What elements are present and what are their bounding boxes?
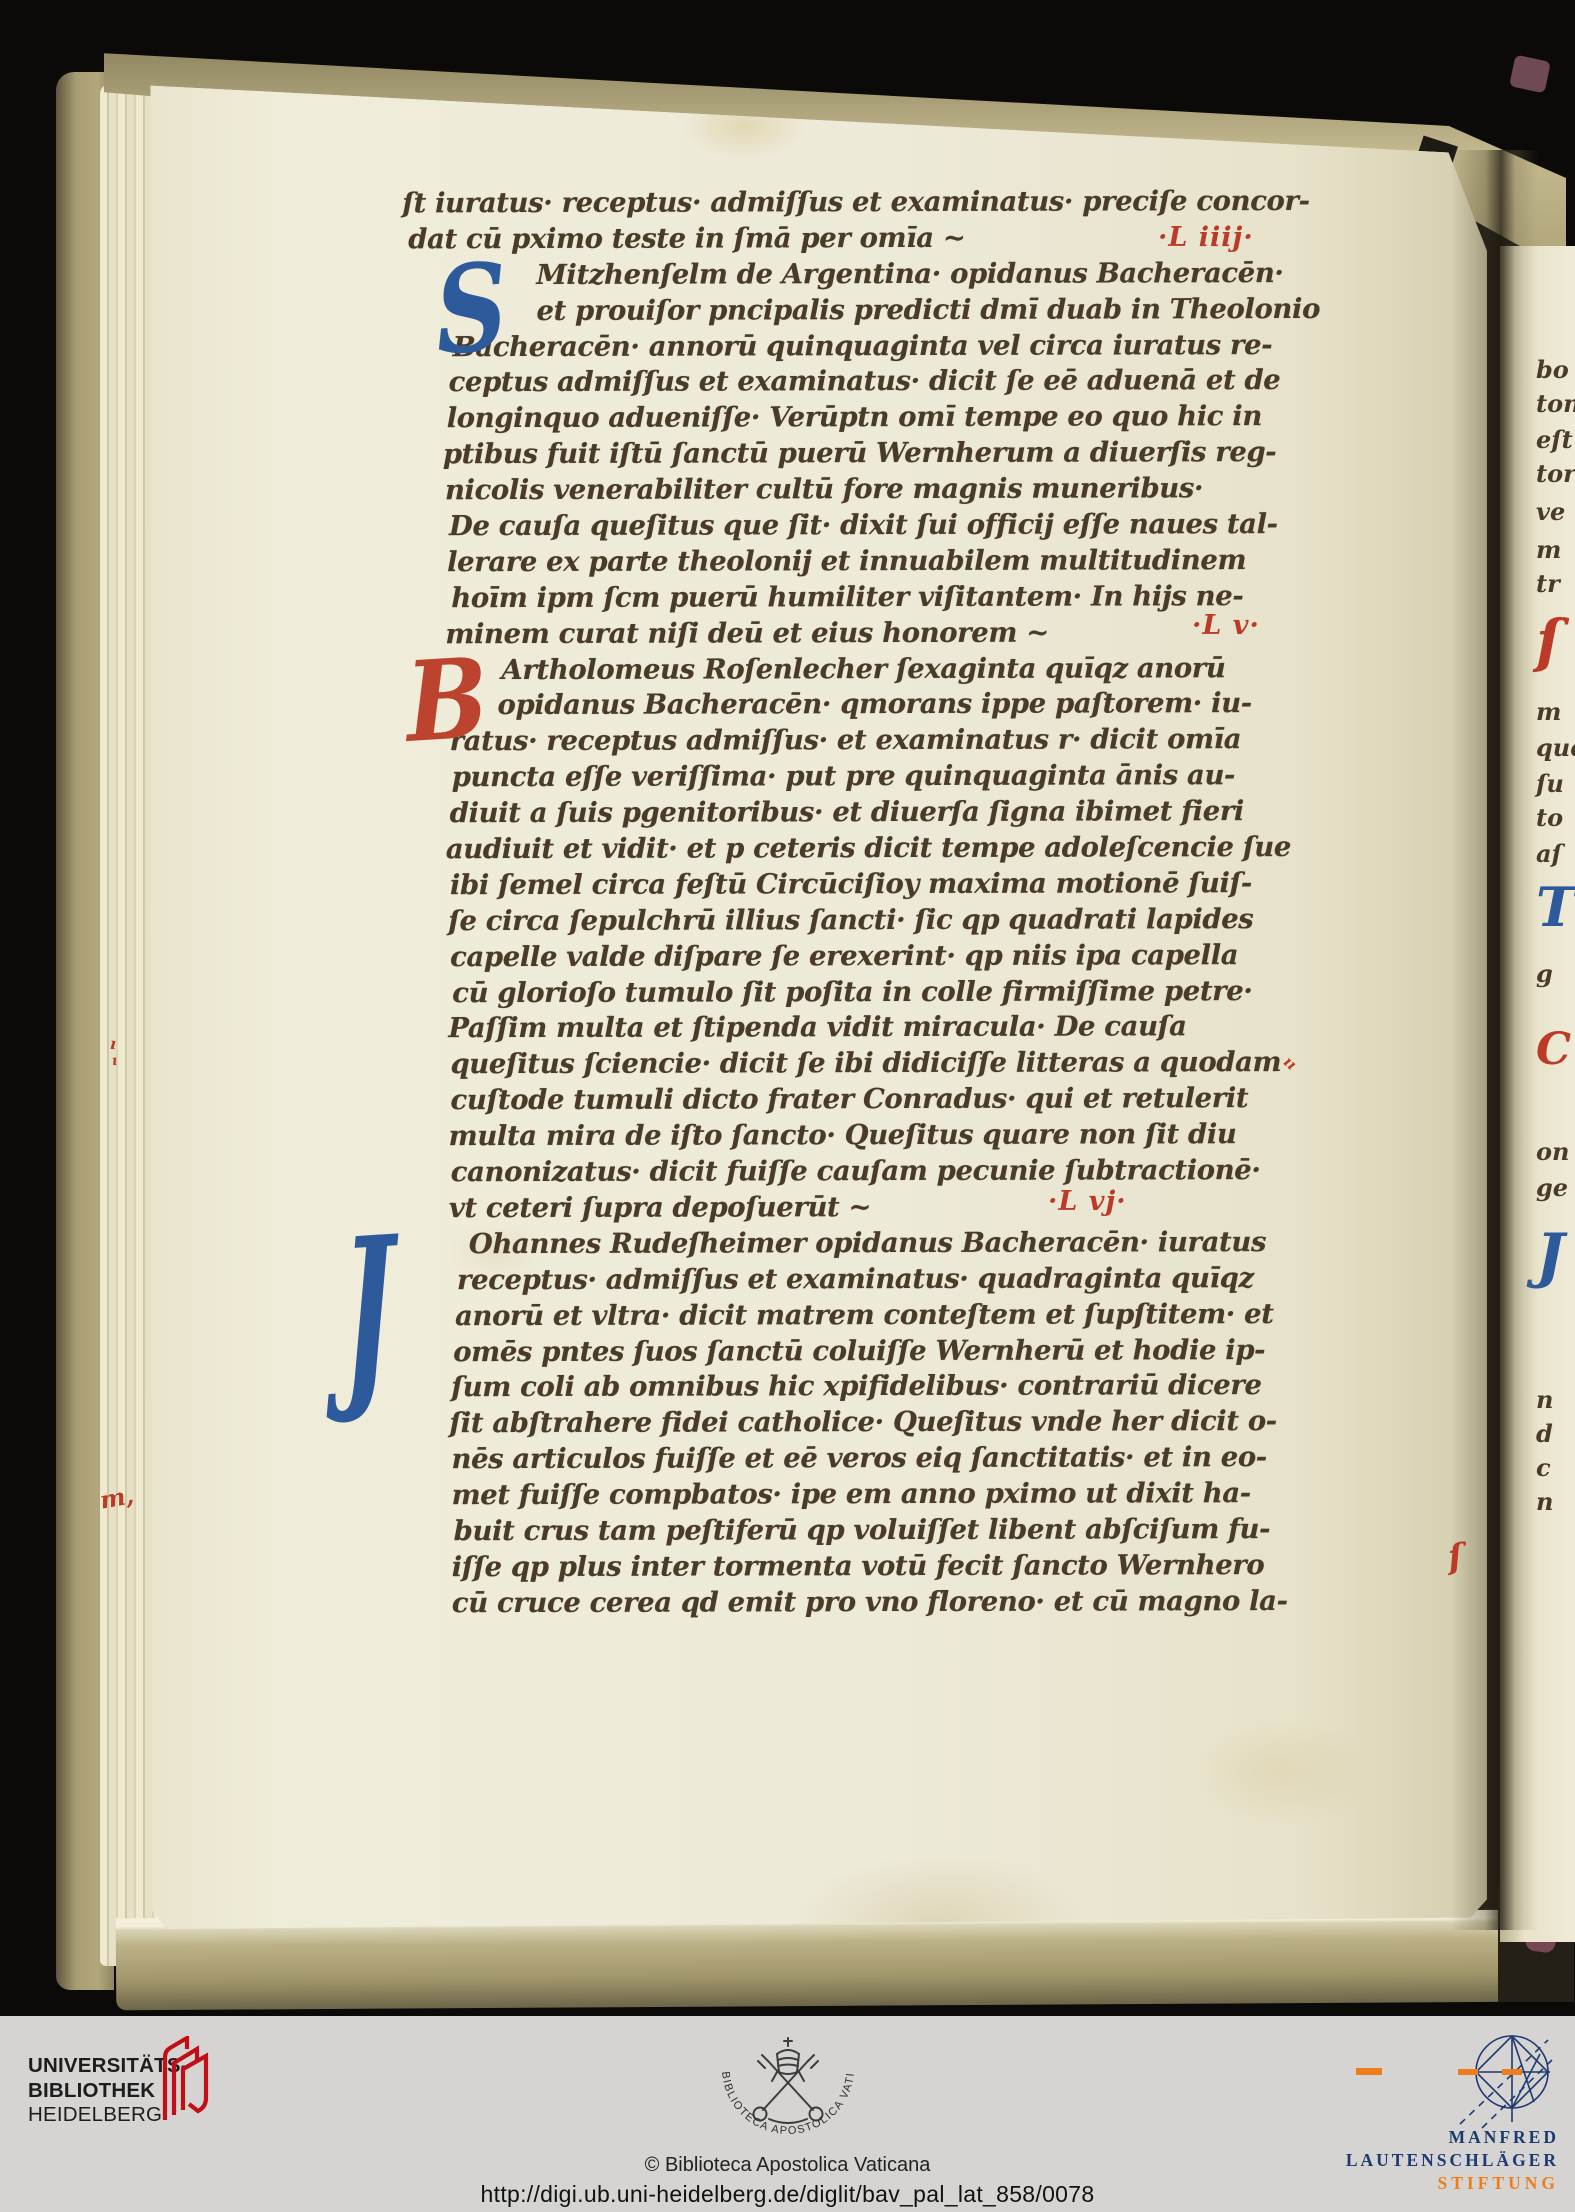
- manuscript-line: Ohannes Rudeſheimer opidanus Bacheracēn·…: [469, 1226, 1351, 1264]
- manuscript-line: omēs pntes ſuos ſanctū coluiſſe Wernherū…: [453, 1333, 1351, 1371]
- illuminated-initial: J: [340, 1211, 396, 1412]
- marginal-mark: m,: [98, 1483, 135, 1512]
- manuscript-line: nicolis venerabiliter cultū fore magnis …: [445, 472, 1349, 510]
- cutoff-text-fragment: to: [1536, 806, 1563, 830]
- manuscript-line: vt ceteri ſupra depoſuerūt ~: [449, 1190, 1351, 1228]
- manuscript-line: lerare ex parte theolonij et innuabilem …: [447, 544, 1349, 582]
- cutoff-text-fragment: tor: [1536, 462, 1575, 486]
- cutoff-text-fragment: m: [1536, 700, 1561, 724]
- manuscript-line: multa mira de iſto ſancto· Queſitus quar…: [449, 1118, 1351, 1156]
- cutoff-text-fragment: ſu: [1536, 772, 1564, 796]
- book-headcap: [1509, 55, 1551, 94]
- vatican-emblem-icon: BIBLIOTECA APOSTOLICA VATICANA: [713, 2028, 863, 2150]
- manuscript-line: ſe circa ſepulchrū illius ſancti· ſic qp…: [448, 903, 1350, 941]
- footer-bar: UNIVERSITÄTS- BIBLIOTHEK HEIDELBERG: [0, 2016, 1575, 2212]
- orange-dash-icon: [1356, 2068, 1382, 2075]
- svg-text:BIBLIOTECA APOSTOLICA VATICANA: BIBLIOTECA APOSTOLICA VATICANA: [713, 2028, 857, 2137]
- manuscript-line: ceptus admiſſus et examinatus· dicit ſe …: [449, 364, 1349, 402]
- ml-name-line1: MANFRED: [1346, 2126, 1559, 2149]
- vatican-arc-text: BIBLIOTECA APOSTOLICA VATICANA: [713, 2028, 857, 2137]
- cutoff-text-fragment: T: [1536, 880, 1575, 934]
- cutoff-text-fragment: c: [1536, 1456, 1551, 1480]
- lautenschlaeger-stiftung-icon: [1456, 2032, 1556, 2132]
- manuscript-line: ſum coli ab omnibus hic xpifidelibus· co…: [451, 1369, 1351, 1407]
- cutoff-text-fragment: ve: [1536, 500, 1565, 524]
- cutoff-text-fragment: ton: [1536, 392, 1575, 416]
- cutoff-text-fragment: C: [1536, 1028, 1571, 1072]
- marginal-mark: ſ: [1446, 1539, 1464, 1574]
- manuscript-line: cuſtode tumuli dicto frater Conradus· qu…: [450, 1082, 1350, 1120]
- facing-page-sliver: botoneſttorvemtrſmqueſutoaſTgCongeJndcn: [1500, 246, 1575, 1942]
- vatican-copyright: © Biblioteca Apostolica Vaticana: [0, 2154, 1575, 2177]
- illuminated-initial: B: [404, 643, 490, 758]
- cutoff-text-fragment: n: [1536, 1388, 1553, 1412]
- image-source-url: http://digi.ub.uni-heidelberg.de/diglit/…: [0, 2181, 1575, 2208]
- cutoff-text-fragment: n: [1536, 1490, 1553, 1514]
- manuscript-line: Mitzhenſelm de Argentina· opidanus Bache…: [536, 257, 1348, 295]
- manuscript-line: diuit a ſuis pgenitoribus· et diuerſa ſi…: [450, 795, 1350, 833]
- cutoff-text-fragment: aſ: [1536, 842, 1562, 866]
- manuscript-line: ſit abſtrahere fidei catholice· Queſitus…: [449, 1405, 1351, 1443]
- cutoff-text-fragment: on: [1536, 1140, 1569, 1164]
- lautenschlaeger-wordmark: MANFRED LAUTENSCHLÄGER STIFTUNG: [1346, 2126, 1559, 2195]
- cutoff-text-fragment: tr: [1536, 572, 1560, 596]
- manuscript-line: ptibus fuit iſtū ſanctū puerū Wernherum …: [443, 436, 1349, 474]
- cutoff-text-fragment: bo: [1536, 358, 1569, 382]
- manuscript-line: audiuit et vidit· et p ceteris dicit tem…: [446, 831, 1350, 869]
- manuscript-line: ratus· receptus admiſſus· et examinatus …: [450, 723, 1350, 761]
- manuscript-line: nēs articulos fuiſſe et eē veros eiq ſan…: [451, 1441, 1351, 1479]
- manuscript-line: ſt iuratus· receptus· admiſſus et examin…: [402, 185, 1348, 223]
- manuscript-line: met fuiſſe compbatos· ipe em anno pximo …: [452, 1477, 1352, 1515]
- footer-center-block: BIBLIOTECA APOSTOLICA VATICANA © Bibliot…: [0, 2016, 1575, 2208]
- manuscript-line: Paſſim multa et ſtipenda vidit miracula·…: [448, 1010, 1350, 1048]
- manuscript-line: De cauſa queſitus que ſit· dixit ſui off…: [449, 508, 1349, 546]
- ml-name-line3: STIFTUNG: [1346, 2172, 1559, 2195]
- manuscript-line: ibi ſemel circa feſtū Circūciſioy maxima…: [450, 867, 1350, 905]
- rubric-witness-number: ·L vj·: [1048, 1188, 1127, 1215]
- manuscript-line: capelle valde diſpare ſe erexerint· qp n…: [450, 939, 1350, 977]
- rubric-witness-number: ·L iiij·: [1158, 224, 1254, 251]
- cutoff-text-fragment: m: [1536, 538, 1561, 562]
- manuscript-text-block: ſt iuratus· receptus· admiſſus et examin…: [448, 185, 1352, 1623]
- manuscript-line: cū glorioſo tumulo ſit poſita in colle f…: [452, 974, 1350, 1012]
- manuscript-line: canonizatus· dicit fuiſſe cauſam pecunie…: [451, 1154, 1351, 1192]
- ml-name-line2: LAUTENSCHLÄGER: [1346, 2149, 1559, 2172]
- manuscript-line: longinquo adueniſſe· Verūptn omī tempe e…: [447, 400, 1349, 438]
- digitized-manuscript-photo: botoneſttorvemtrſmqueſutoaſTgCongeJndcn …: [0, 0, 1575, 2212]
- manuscript-line: iſſe qp plus inter tormenta votū fecit ſ…: [452, 1549, 1352, 1587]
- manuscript-line: receptus· admiſſus et examinatus· quadra…: [457, 1262, 1351, 1300]
- manuscript-line: queſitus ſciencie· dicit ſe ibi didiciſſ…: [450, 1046, 1350, 1084]
- cutoff-text-fragment: que: [1536, 736, 1575, 760]
- cutoff-text-fragment: eſt: [1536, 428, 1573, 452]
- manuscript-line: cū cruce cerea qd emit pro vno floreno· …: [452, 1585, 1352, 1623]
- rubric-witness-number: ·L v·: [1192, 612, 1260, 639]
- illuminated-initial: S: [432, 246, 511, 372]
- manuscript-line: Bacheracēn· annorū quinquaginta vel circ…: [452, 328, 1348, 366]
- cutoff-text-fragment: ge: [1536, 1176, 1568, 1200]
- cutoff-text-fragment: ſ: [1536, 612, 1561, 670]
- manuscript-line: anorū et vltra· dicit matrem conteſtem e…: [455, 1297, 1351, 1335]
- cutoff-text-fragment: d: [1536, 1422, 1553, 1446]
- cutoff-text-fragment: g: [1536, 962, 1553, 986]
- manuscript-line: Artholomeus Roſenlecher ſexaginta quīqz …: [501, 651, 1349, 689]
- manuscript-line: et prouiſor pncipalis predicti dmī duab …: [536, 292, 1348, 330]
- manuscript-line: puncta eſſe veriſſima· put pre quinquagi…: [452, 759, 1350, 797]
- manuscript-line: buit crus tam peſtiferū qp voluiſſet lib…: [454, 1513, 1352, 1551]
- manuscript-line: opidanus Bacheracēn· qmorans ippe paſtor…: [497, 687, 1349, 725]
- cutoff-text-fragment: J: [1536, 1226, 1564, 1286]
